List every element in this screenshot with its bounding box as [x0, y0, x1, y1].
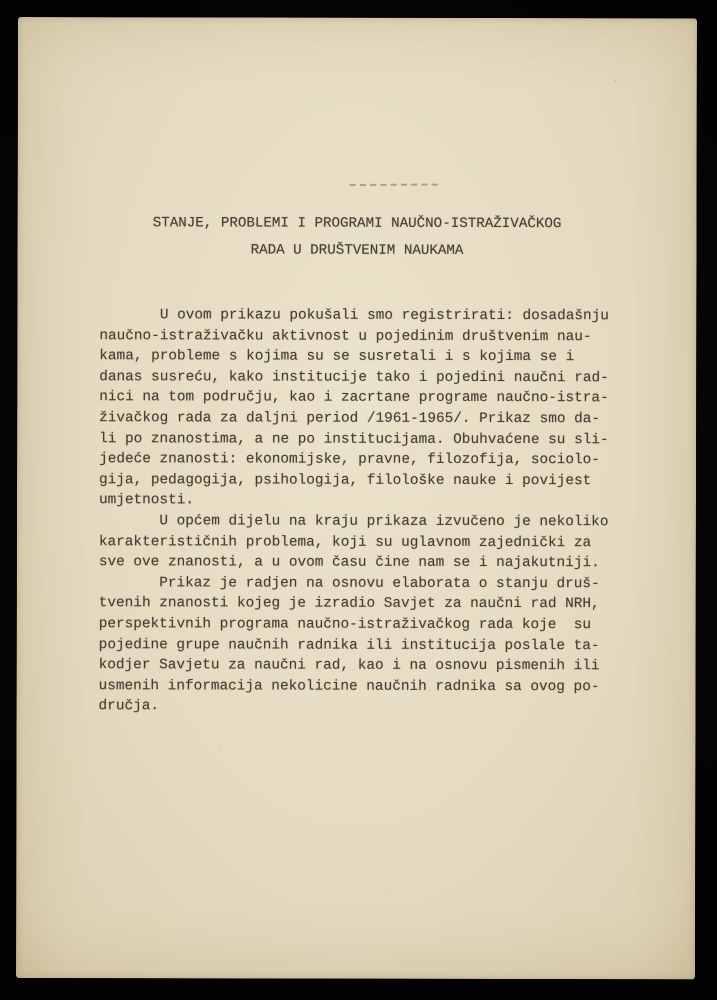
paragraph-general-part: U općem dijelu na kraju prikaza izvučeno…	[99, 511, 639, 574]
faint-dashed-mark	[350, 184, 438, 186]
paragraph-intro: U ovom prikazu pokušali smo registrirati…	[99, 305, 639, 512]
paragraph-sources: Prikaz je radjen na osnovu elaborata o s…	[99, 573, 639, 718]
document-body: U ovom prikazu pokušali smo registrirati…	[99, 305, 640, 718]
document-title: STANJE, PROBLEMI I PROGRAMI NAUČNO-ISTRA…	[17, 210, 696, 265]
scan-background: STANJE, PROBLEMI I PROGRAMI NAUČNO-ISTRA…	[0, 0, 717, 1000]
document-page: STANJE, PROBLEMI I PROGRAMI NAUČNO-ISTRA…	[16, 17, 697, 979]
